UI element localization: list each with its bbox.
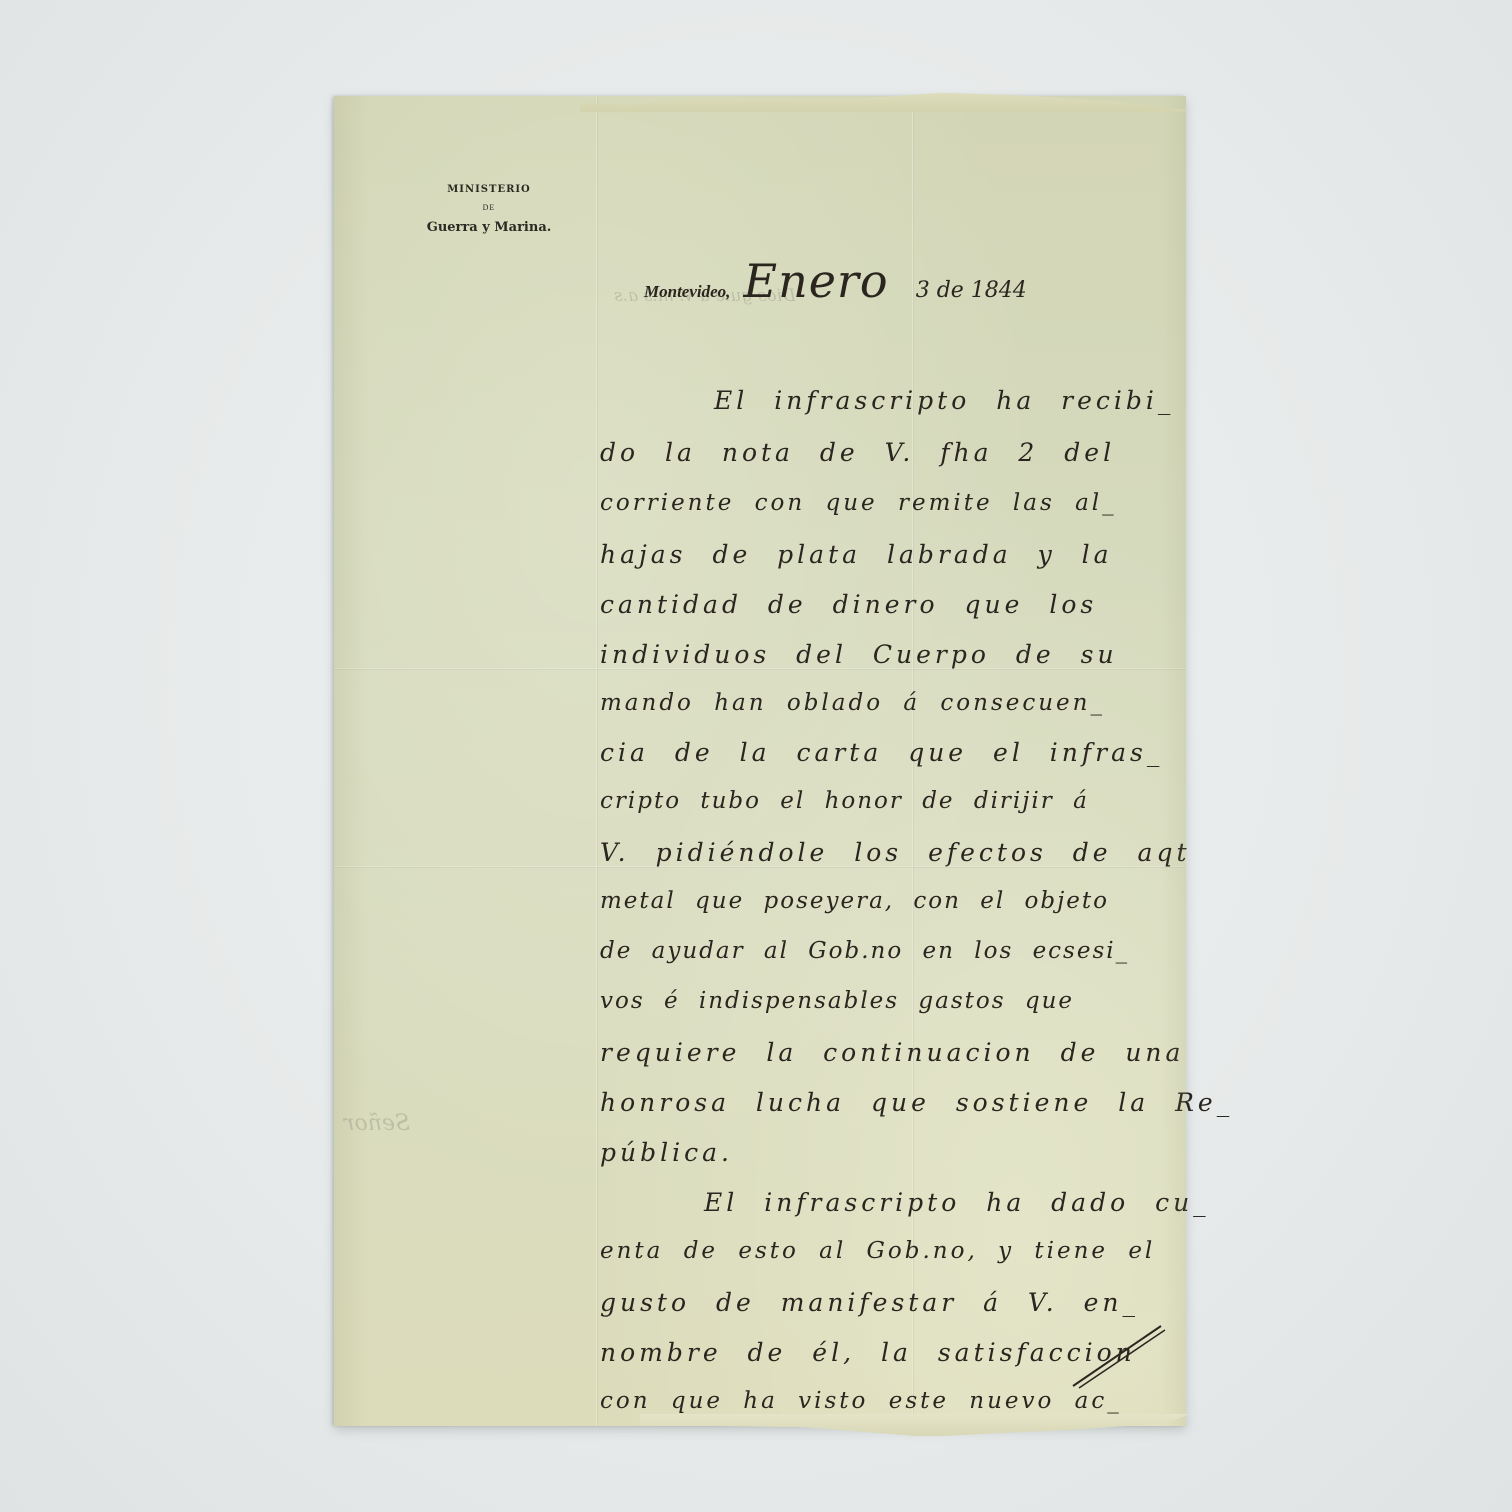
body-line: cantidad de dinero que los — [600, 590, 1097, 619]
dateline-date: 3 de 1844 — [916, 278, 1027, 303]
body-line: El infrascripto ha dado cu_ — [704, 1188, 1210, 1217]
bleed-through-text: Señor — [344, 1111, 410, 1136]
body-line: metal que poseyera, con el objeto — [600, 888, 1109, 914]
body-line: individuos del Cuerpo de su — [600, 640, 1118, 669]
letterhead-title: MINISTERIO — [394, 184, 584, 195]
body-line: honrosa lucha que sostiene la Re_ — [600, 1088, 1233, 1117]
letter-sheet: MINISTERIO DE Guerra y Marina. Dios gu.e… — [334, 96, 1186, 1426]
body-line: corriente con que remite las al_ — [600, 490, 1117, 516]
body-line: pública. — [600, 1138, 733, 1167]
body-line: nombre de él, la satisfaccion — [600, 1338, 1136, 1367]
body-line: El infrascripto ha recibi_ — [714, 386, 1174, 415]
dateline: Montevideo, Enero 3 de 1844 — [644, 254, 1027, 308]
body-line: cia de la carta que el infras_ — [600, 738, 1163, 767]
body-line: mando han oblado á consecuen_ — [600, 690, 1105, 716]
closing-flourish-icon — [1069, 1322, 1169, 1392]
body-line: de ayudar al Gob.no en los ecsesi_ — [600, 938, 1129, 964]
folded-bottom-edge — [640, 1414, 1190, 1436]
dateline-place: Montevideo, — [644, 282, 730, 301]
body-line: requiere la continuacion de una — [600, 1038, 1184, 1067]
letterhead-department: Guerra y Marina. — [394, 220, 584, 235]
letterhead: MINISTERIO DE Guerra y Marina. — [394, 184, 584, 235]
dateline-month: Enero — [744, 254, 889, 308]
body-line: con que ha visto este nuevo ac_ — [600, 1388, 1122, 1414]
body-line: V. pidiéndole los efectos de aqt — [600, 838, 1191, 867]
body-line: cripto tubo el honor de dirijir á — [600, 788, 1089, 814]
letterhead-de: DE — [394, 203, 584, 212]
body-line: do la nota de V. fha 2 del — [600, 438, 1115, 467]
vertical-fold-line — [596, 96, 598, 1426]
body-line: gusto de manifestar á V. en_ — [600, 1288, 1139, 1317]
body-line: enta de esto al Gob.no, y tiene el — [600, 1238, 1155, 1264]
body-line: vos é indispensables gastos que — [600, 988, 1074, 1014]
body-line: hajas de plata labrada y la — [600, 540, 1113, 569]
